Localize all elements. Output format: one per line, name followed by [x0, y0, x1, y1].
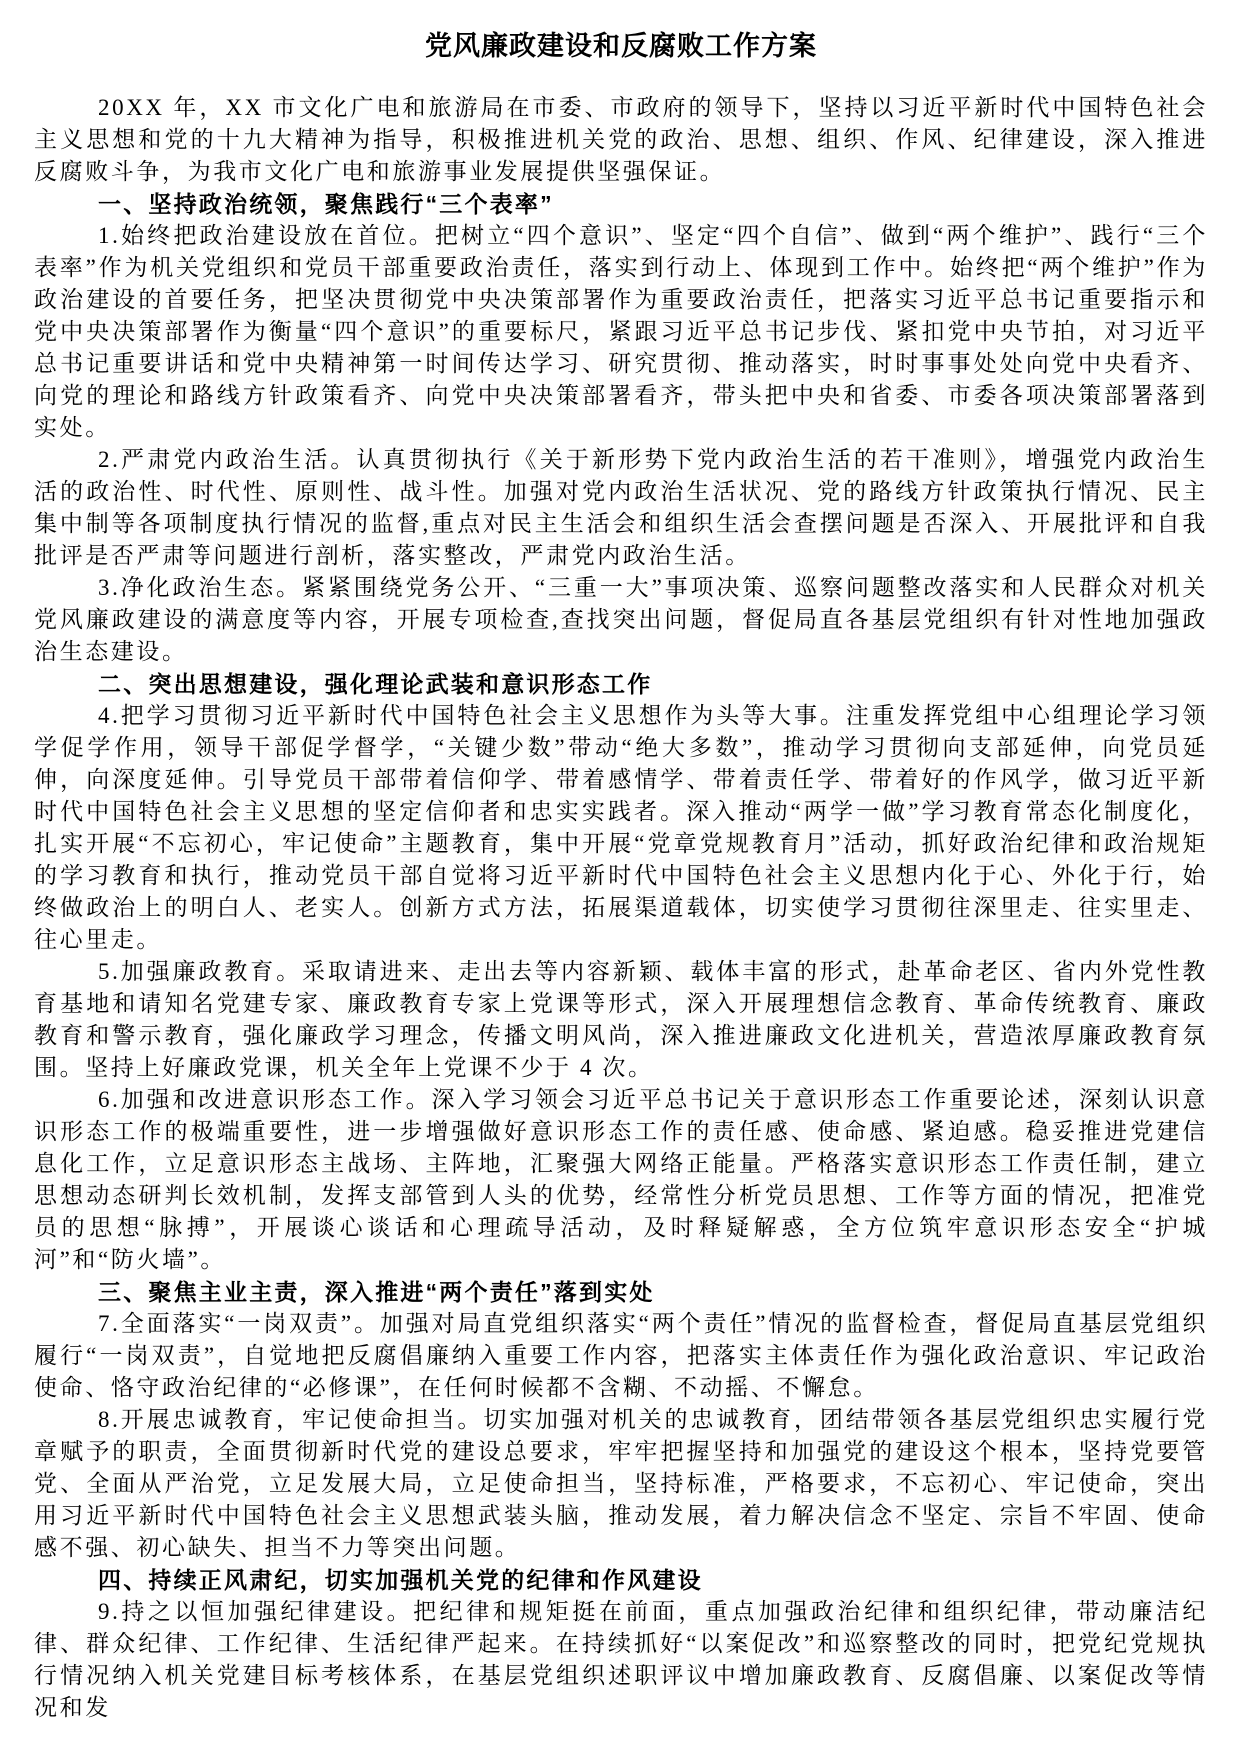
- document-title: 党风廉政建设和反腐败工作方案: [34, 28, 1208, 64]
- paragraph-9: 9.持之以恒加强纪律建设。把纪律和规矩挺在前面，重点加强政治纪律和组织纪律，带动…: [34, 1596, 1208, 1724]
- paragraph-6: 6.加强和改进意识形态工作。深入学习领会习近平总书记关于意识形态工作重要论述，深…: [34, 1084, 1208, 1276]
- document-page: 党风廉政建设和反腐败工作方案 20XX 年，XX 市文化广电和旅游局在市委、市政…: [0, 0, 1240, 1754]
- paragraph-5: 5.加强廉政教育。采取请进来、走出去等内容新颖、载体丰富的形式，赴革命老区、省内…: [34, 956, 1208, 1084]
- section-heading-1: 一、坚持政治统领，聚焦践行“三个表率”: [34, 188, 1208, 220]
- section-heading-3: 三、聚焦主业主责，深入推进“两个责任”落到实处: [34, 1276, 1208, 1308]
- paragraph-4: 4.把学习贯彻习近平新时代中国特色社会主义思想作为头等大事。注重发挥党组中心组理…: [34, 700, 1208, 956]
- section-heading-2: 二、突出思想建设，强化理论武装和意识形态工作: [34, 668, 1208, 700]
- section-heading-4: 四、持续正风肃纪，切实加强机关党的纪律和作风建设: [34, 1564, 1208, 1596]
- paragraph-3: 3.净化政治生态。紧紧围绕党务公开、“三重一大”事项决策、巡察问题整改落实和人民…: [34, 572, 1208, 668]
- intro-paragraph: 20XX 年，XX 市文化广电和旅游局在市委、市政府的领导下，坚持以习近平新时代…: [34, 92, 1208, 188]
- paragraph-8: 8.开展忠诚教育，牢记使命担当。切实加强对机关的忠诚教育，团结带领各基层党组织忠…: [34, 1404, 1208, 1564]
- paragraph-2: 2.严肃党内政治生活。认真贯彻执行《关于新形势下党内政治生活的若干准则》，增强党…: [34, 444, 1208, 572]
- paragraph-7: 7.全面落实“一岗双责”。加强对局直党组织落实“两个责任”情况的监督检查，督促局…: [34, 1308, 1208, 1404]
- paragraph-1: 1.始终把政治建设放在首位。把树立“四个意识”、坚定“四个自信”、做到“两个维护…: [34, 220, 1208, 444]
